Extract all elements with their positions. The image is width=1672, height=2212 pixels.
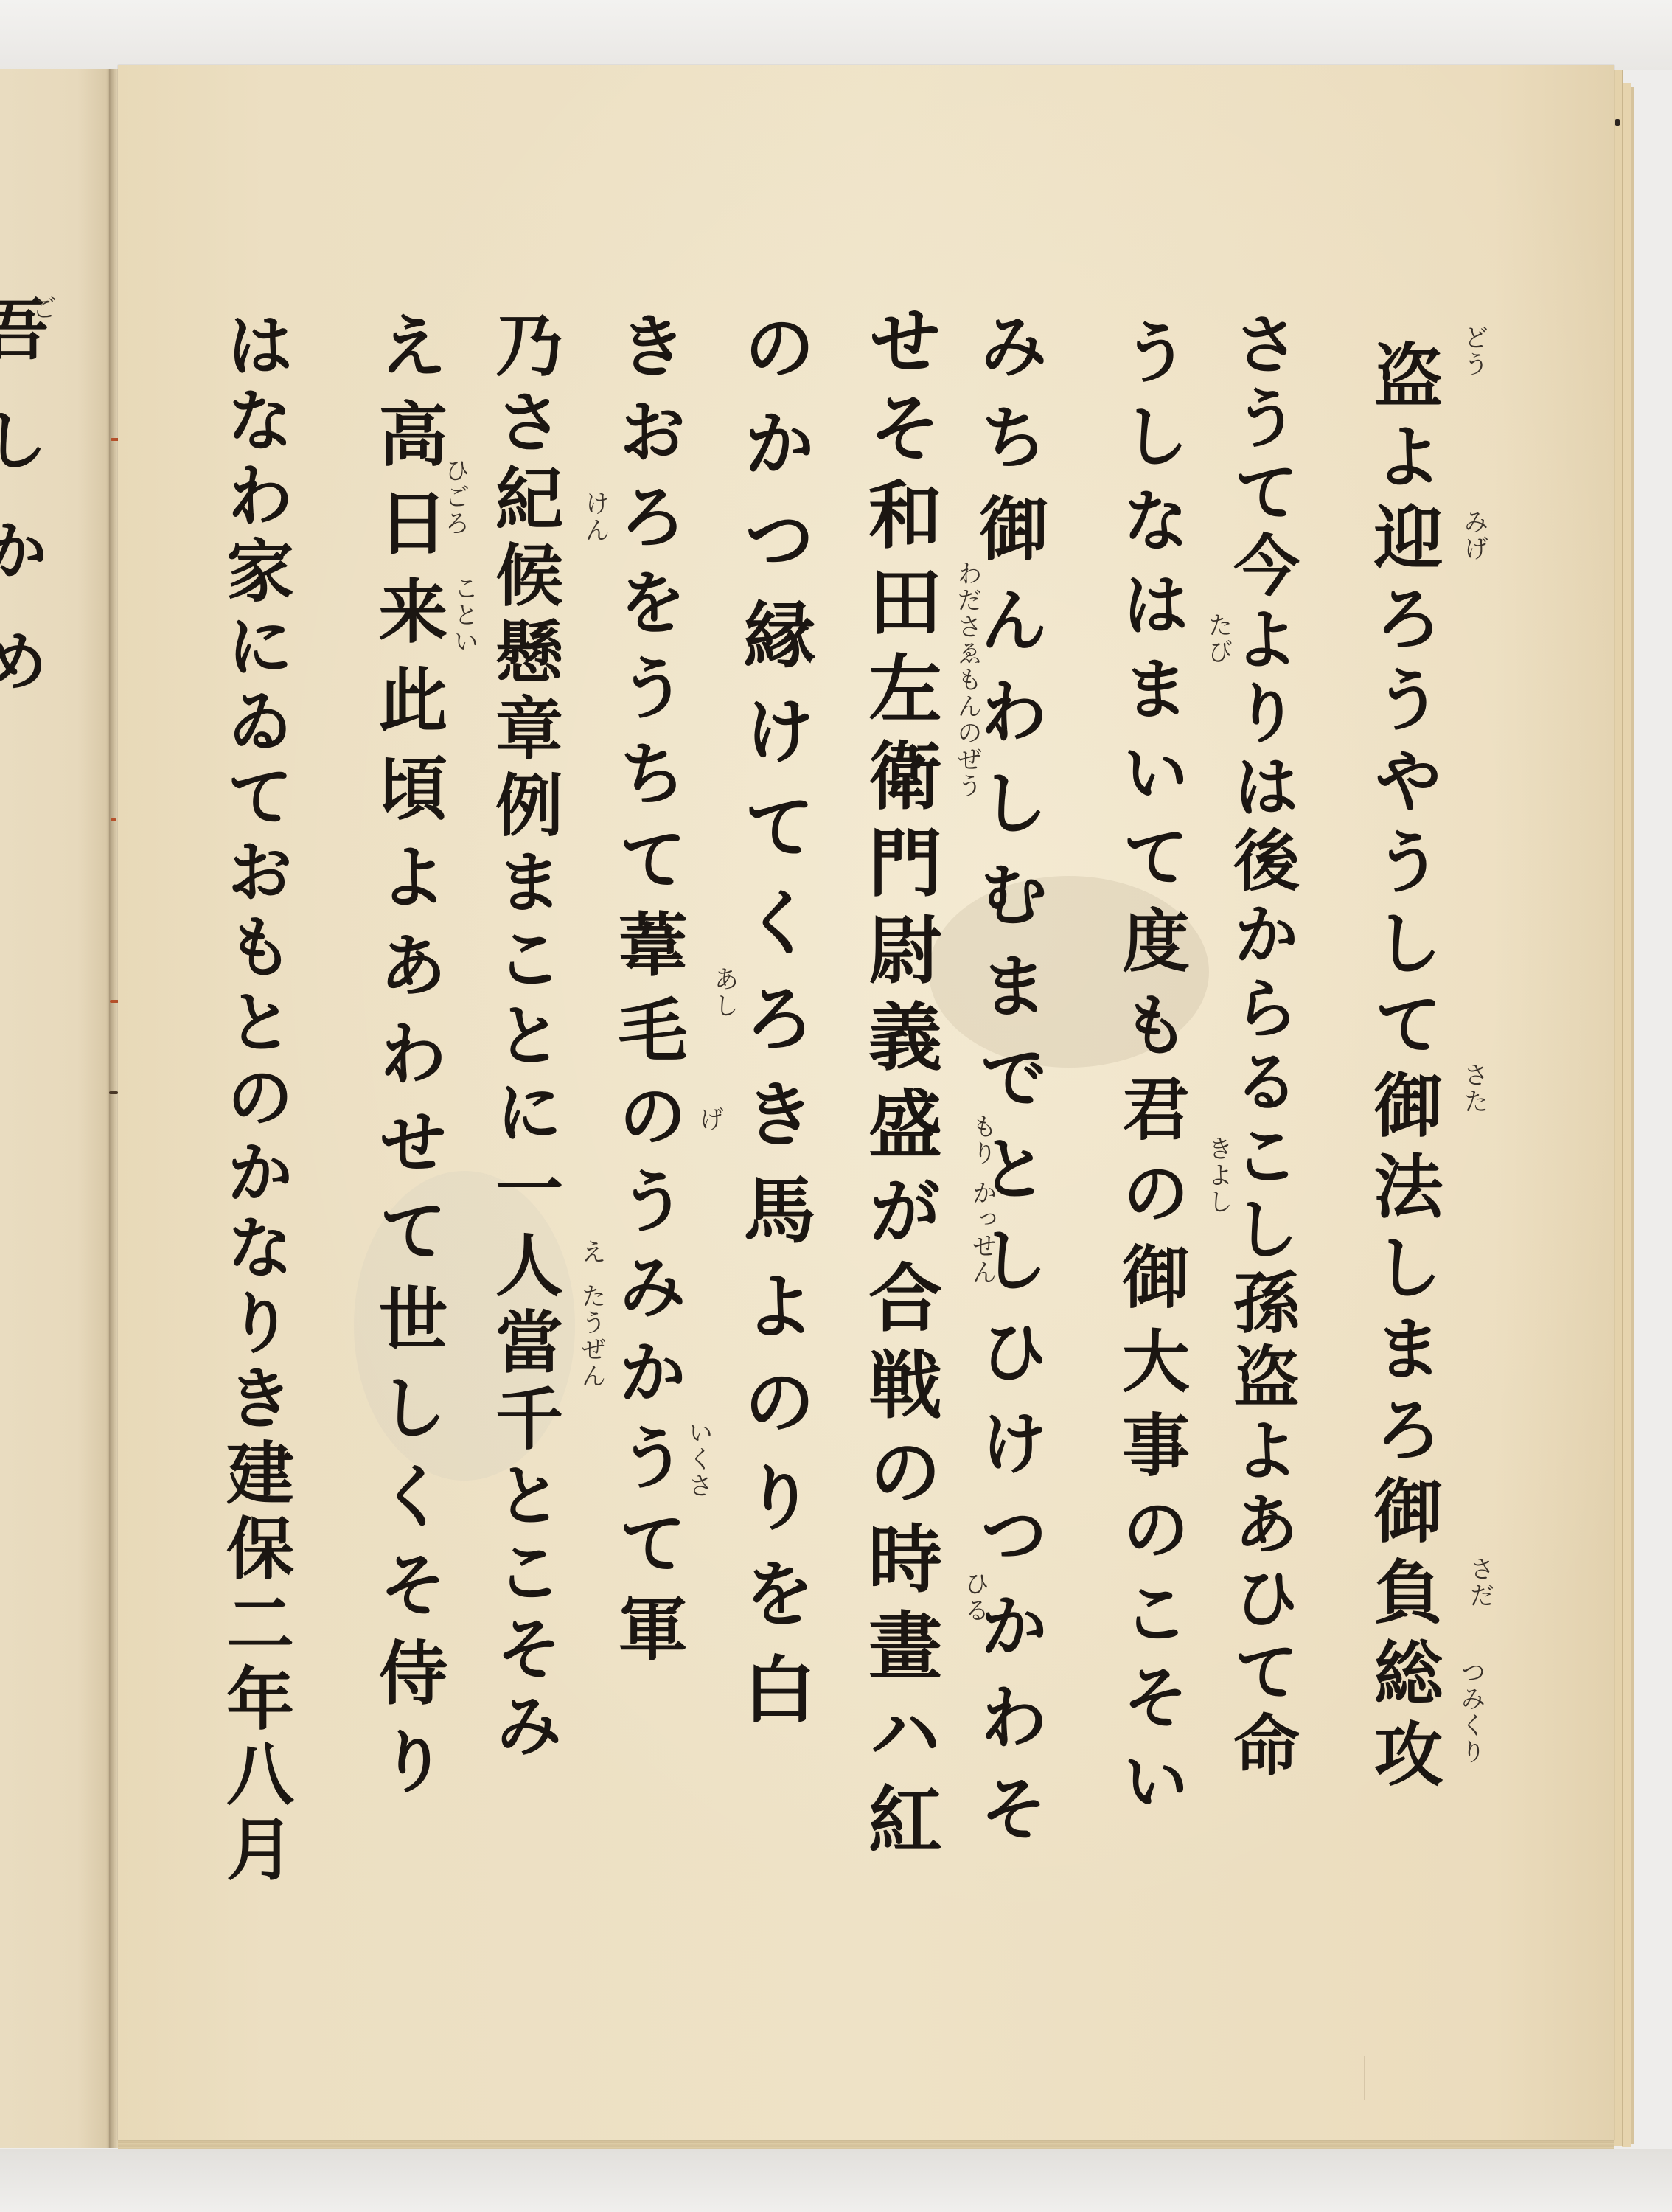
background-bottom bbox=[0, 2149, 1672, 2212]
text-column-2: さうて今よりは後からるこし孫盗よあひて命 bbox=[1227, 310, 1294, 1784]
ruby-annotation: たうぜん bbox=[579, 1283, 604, 1389]
ruby-annotation: さた bbox=[1461, 1062, 1486, 1115]
text-column-6: のかつ縁けてくろき馬よのりを白 bbox=[737, 310, 809, 1747]
left-page-partial-column: 吾しかめ bbox=[0, 295, 58, 737]
ruby-annotation: げ bbox=[697, 1106, 722, 1133]
ruby-annotation: もり bbox=[969, 1113, 995, 1166]
page-edge-ink-mark bbox=[1615, 119, 1620, 126]
ruby-annotation: さだ bbox=[1467, 1556, 1492, 1609]
manuscript-photo: 吾しかめ ご 盗よ迎ろうやうして御法しまろ御負総攻 さうて今よりは後からるこし孫… bbox=[0, 0, 1672, 2212]
ruby-annotation: わださゑもんのぜう bbox=[955, 560, 980, 799]
left-page-ruby: ご bbox=[29, 295, 55, 321]
ruby-annotation: かっせん bbox=[969, 1180, 995, 1286]
ruby-annotation: つみくり bbox=[1458, 1659, 1483, 1765]
ruby-annotation: みげ bbox=[1461, 509, 1486, 562]
text-column-4: みち御んわしむまでとしひけつかわそ bbox=[973, 310, 1042, 1864]
ruby-annotation: どう bbox=[1461, 324, 1486, 378]
ruby-annotation: え bbox=[579, 1239, 604, 1265]
ruby-annotation: ひごろ bbox=[442, 457, 467, 537]
text-column-1: 盗よ迎ろうやうして御法しまろ御負総攻 bbox=[1368, 339, 1437, 1799]
text-column-7: きおろをうちて葦毛のうみかうて軍 bbox=[612, 310, 681, 1678]
ruby-annotation: ひる bbox=[962, 1571, 987, 1624]
binding-thread-mark bbox=[111, 818, 116, 821]
binding-hole-mark bbox=[109, 1091, 118, 1094]
text-column-8: 乃さ紀候懸章例まことに一人當千とこそみ bbox=[490, 310, 558, 1767]
text-column-9: え高日来此頃よあわせて世しくそ侍り bbox=[372, 310, 442, 1814]
page-edge-stack bbox=[1622, 83, 1631, 2147]
text-column-10: はなわ家にゐておもとのかなりき建保二年八月 bbox=[221, 310, 289, 1889]
text-column-3: うしなはまいて度も君の御大事のこそい bbox=[1117, 317, 1185, 1830]
ruby-annotation: たび bbox=[1205, 612, 1230, 665]
ruby-annotation: けん bbox=[582, 490, 607, 543]
page-edge-stack bbox=[1614, 70, 1623, 2146]
background-top bbox=[0, 0, 1672, 70]
text-column-5: せそ和田左衛門尉義盛が合戦の時畫ハ紅 bbox=[863, 302, 936, 1868]
ruby-annotation: ことい bbox=[451, 575, 476, 655]
ruby-annotation: きよし bbox=[1205, 1135, 1230, 1215]
ruby-annotation: あし bbox=[711, 966, 736, 1019]
ruby-annotation: いくさ bbox=[686, 1419, 711, 1499]
paper-fiber bbox=[1364, 2056, 1365, 2100]
